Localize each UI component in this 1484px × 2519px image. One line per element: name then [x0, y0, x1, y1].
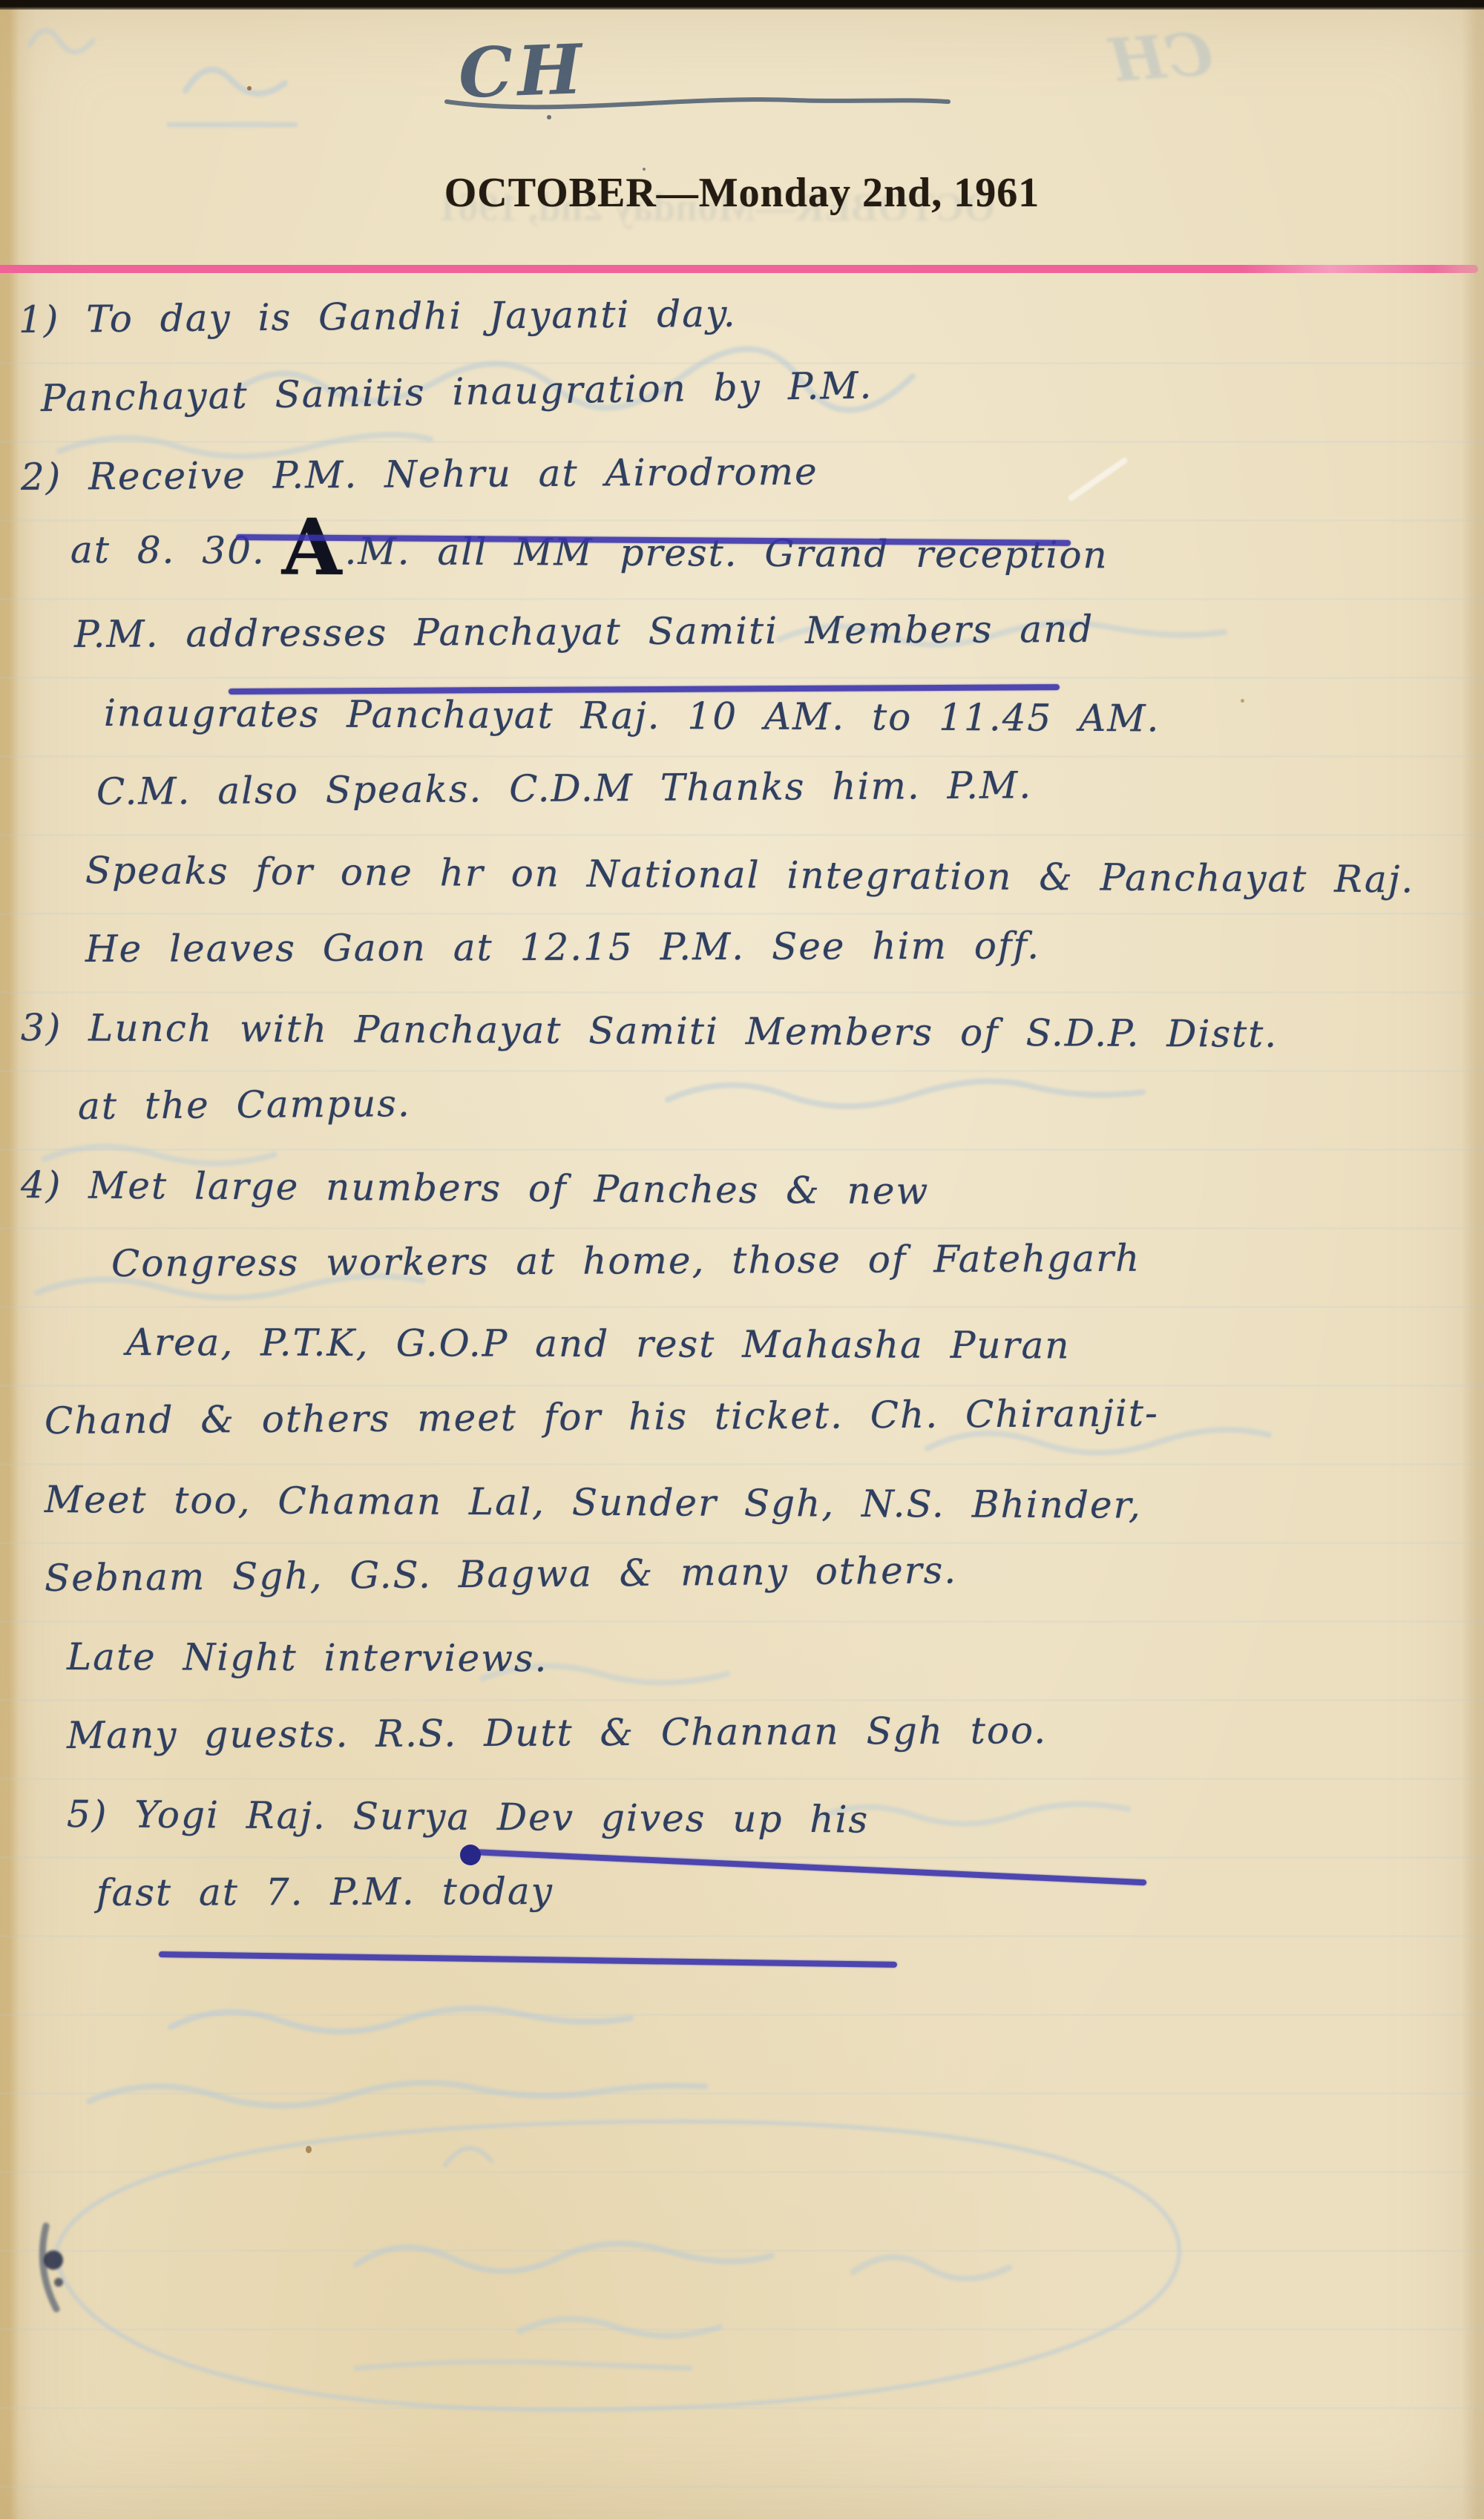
diary-line: 2) Receive P.M. Nehru at Airodrome [21, 450, 818, 499]
diary-line: Congress workers at home, those of Fateh… [111, 1237, 1141, 1285]
ghost-squiggle [185, 70, 285, 93]
ghost-squiggle [668, 1081, 1143, 1106]
pink-divider-rule [0, 265, 1478, 273]
ghost-squiggle [356, 2244, 772, 2271]
diary-line: Late Night interviews. [67, 1635, 548, 1680]
paper-speck [306, 2146, 312, 2153]
diary-line: Chand & others meet for his ticket. Ch. … [45, 1392, 1159, 1442]
diary-line: Meet too, Chaman Lal, Sunder Sgh, N.S. B… [45, 1478, 1142, 1527]
diary-line: Many guests. R.S. Dutt & Channan Sgh too… [67, 1709, 1047, 1757]
diary-line: fast at 7. P.M. today [96, 1870, 554, 1914]
ink-dot [547, 115, 551, 119]
diary-line: 3) Lunch with Panchayat Samiti Members o… [21, 1006, 1278, 1056]
diary-line: P.M. addresses Panchayat Samiti Members … [74, 608, 1094, 656]
ink-blot [54, 2278, 63, 2287]
ghost-squiggle [89, 2083, 705, 2106]
paper-speck [247, 86, 252, 91]
ghost-squiggle [30, 30, 93, 52]
diary-line: at 8. 30.A.M. all MM prest. Grand recept… [70, 528, 1109, 577]
diary-line: 1) To day is Gandhi Jayanti day. [19, 292, 737, 341]
paper-speck [1241, 699, 1244, 703]
diary-line: 4) Met large numbers of Panches & new [21, 1163, 930, 1213]
ghost-squiggle [45, 1146, 275, 1163]
emphasized-letter-a: A [282, 501, 342, 592]
diary-line: 5) Yogi Raj. Surya Dev gives up his [67, 1793, 870, 1842]
printed-date-header: OCTOBER—Monday 2nd, 1961 [0, 169, 1484, 217]
ch-underline-stroke [438, 78, 957, 122]
diary-page-scan: CH CH OCTOBER—Monday 2nd, 1961 OCTOBER—M… [0, 0, 1484, 2519]
ghost-squiggle [356, 2362, 690, 2368]
ghost-squiggle [519, 2319, 720, 2336]
diary-line: Sebnam Sgh, G.S. Bagwa & many others. [45, 1548, 958, 1600]
ghost-squiggle [853, 2257, 1009, 2279]
diary-line: at the Campus. [78, 1082, 411, 1128]
ink-blot [44, 2250, 63, 2270]
ghost-squiggle [171, 2009, 631, 2032]
diary-line: inaugrates Panchayat Raj. 10 AM. to 11.4… [104, 692, 1160, 740]
ghost-squiggle [445, 2148, 491, 2165]
diary-line: He leaves Gaon at 12.15 P.M. See him off… [85, 924, 1040, 971]
diary-line: Area, P.T.K, G.O.P and rest Mahasha Pura… [126, 1321, 1071, 1367]
diary-line: C.M. also Speaks. C.D.M Thanks him. P.M. [96, 763, 1033, 813]
ink-blob [460, 1845, 481, 1865]
annotation-ch-ghost: CH [1107, 19, 1215, 95]
